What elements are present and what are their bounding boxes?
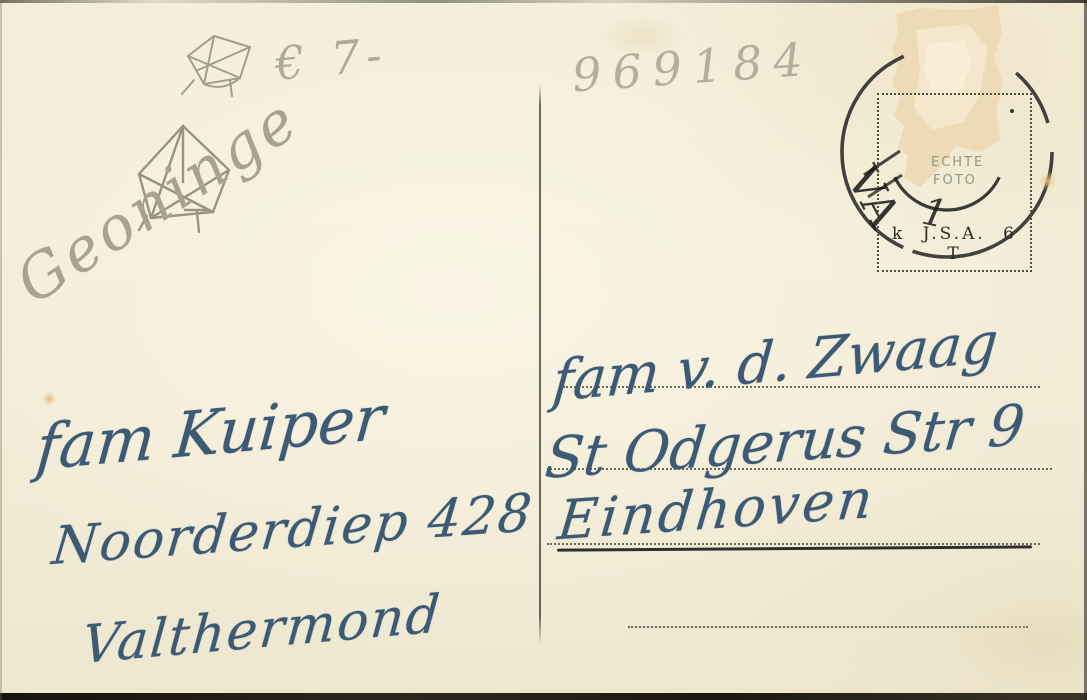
scan-edge-left [0,0,2,700]
postcard-divider-line [539,84,541,644]
echte-foto-print-line1: ECHTE [931,155,984,170]
stamp-box: ECHTE FOTO k J.S.A. 6 T [877,93,1032,272]
scan-edge-top [0,0,1087,3]
address-dotted-line [628,626,1028,628]
stamp-box-caption: k J.S.A. 6 T [879,224,1030,264]
scan-edge-bottom [0,693,1087,700]
paper-smudge [1040,170,1056,192]
ink-speck [1010,109,1014,113]
echte-foto-print-line2: FOTO [933,173,977,188]
pencil-price-note: € 7- [273,27,390,91]
kite-sketch-doodle-icon [168,30,263,105]
postcard-back-scan: € 7- 969184 Geoninge VA 1 ECHTE FOTO k J… [0,0,1087,700]
